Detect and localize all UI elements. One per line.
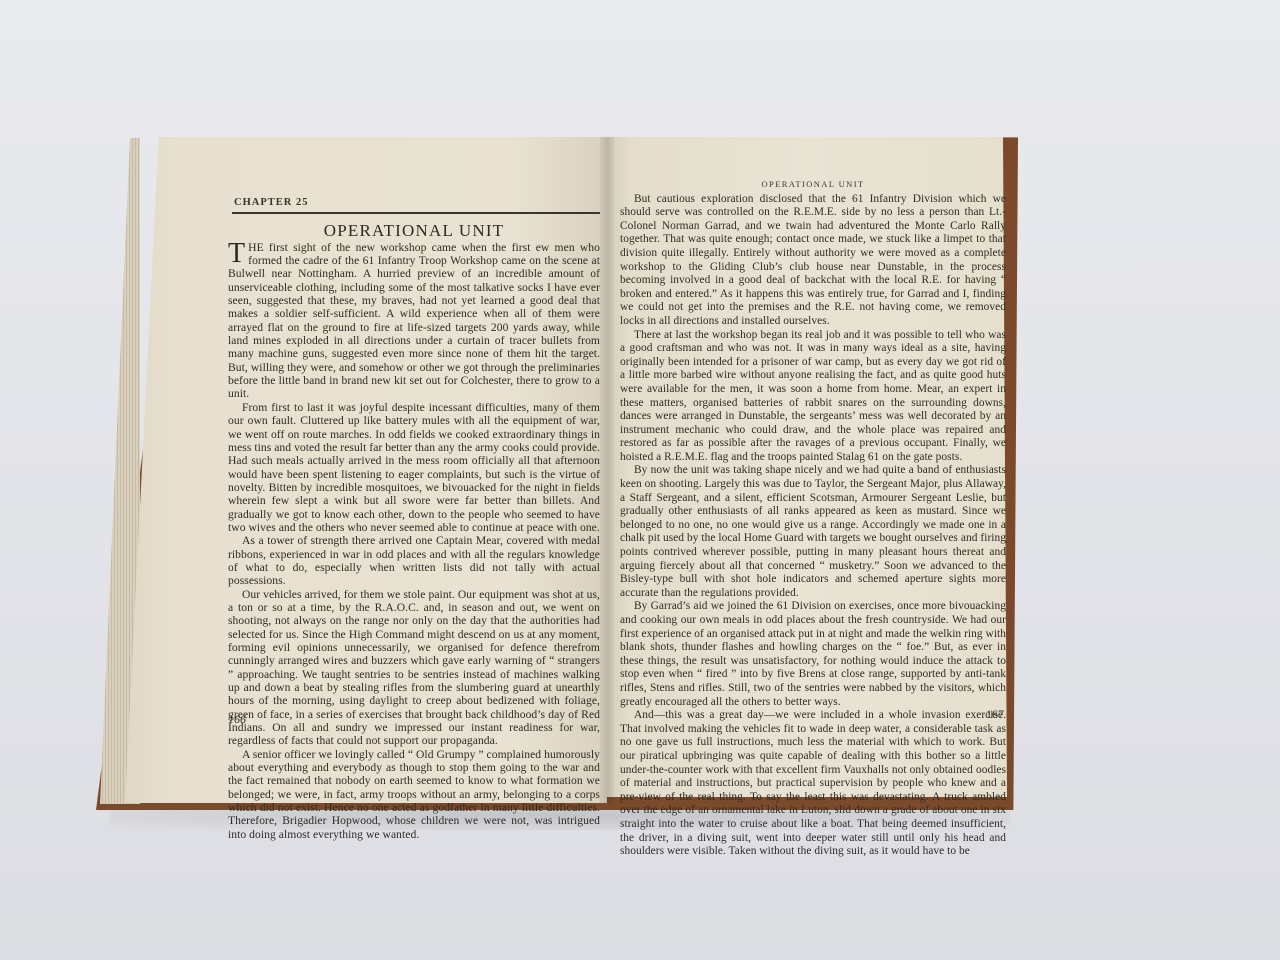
page-number-right: 167 xyxy=(986,707,1004,722)
book-gutter xyxy=(600,137,614,803)
paragraph: And—this was a great day—we were include… xyxy=(620,709,1006,859)
chapter-label: CHAPTER 25 xyxy=(234,196,600,209)
paragraph: As a tower of strength there arrived one… xyxy=(228,534,600,587)
page-number-left: 166 xyxy=(228,712,246,727)
chapter-title: OPERATIONAL UNIT xyxy=(228,224,600,237)
paragraph: There at last the workshop began its rea… xyxy=(620,329,1006,465)
drop-cap: T xyxy=(228,242,245,266)
paragraph: Our vehicles arrived, for them we stole … xyxy=(228,588,600,748)
right-page-text: OPERATIONAL UNIT But cautious exploratio… xyxy=(620,178,1006,859)
running-head: OPERATIONAL UNIT xyxy=(620,178,1006,192)
chapter-rule xyxy=(232,212,600,214)
paragraph: By now the unit was taking shape nicely … xyxy=(620,464,1006,600)
paragraph: A senior officer we lovingly called “ Ol… xyxy=(228,748,600,841)
paragraph: From first to last it was joyful despite… xyxy=(228,401,600,534)
paragraph: But cautious exploration disclosed that … xyxy=(620,193,1006,329)
left-page-text: CHAPTER 25 OPERATIONAL UNIT THE first si… xyxy=(228,196,600,841)
photo-scene: CHAPTER 25 OPERATIONAL UNIT THE first si… xyxy=(0,0,1280,960)
paragraph: By Garrad’s aid we joined the 61 Divisio… xyxy=(620,600,1006,709)
paragraph: THE first sight of the new workshop came… xyxy=(228,241,600,401)
